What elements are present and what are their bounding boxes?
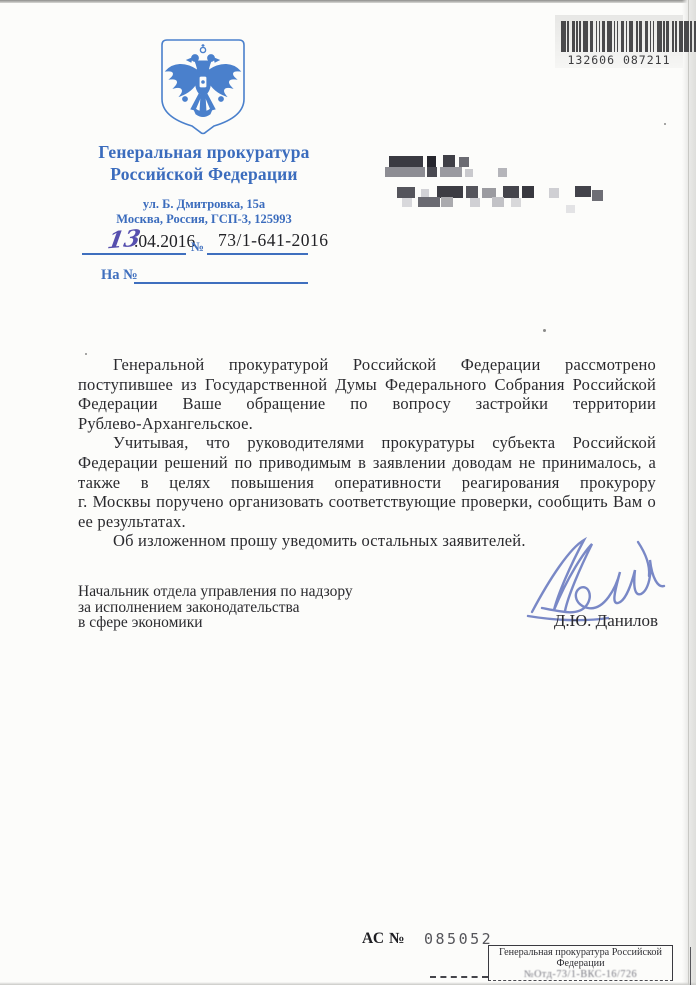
redaction-pixel xyxy=(498,168,507,177)
body-paragraph-1-line-1: Генеральной прокуратурой Российской Феде… xyxy=(78,355,656,375)
signer-title-line3: в сфере экономики xyxy=(78,615,408,631)
scan-top-edge xyxy=(0,0,696,3)
incoming-number-underline xyxy=(134,282,308,284)
redaction-pixel xyxy=(522,186,534,198)
redaction-pixel xyxy=(466,186,478,198)
redaction-pixel xyxy=(470,198,480,207)
typed-date: .04.2016 xyxy=(134,231,195,252)
number-sign: № xyxy=(191,239,204,255)
redaction-pixel xyxy=(421,189,429,197)
redaction-pixel xyxy=(397,187,415,198)
stamp-side-line xyxy=(690,947,691,985)
redaction-pixel xyxy=(459,157,469,167)
body-paragraph-1-line-4: Рублево-Архангельское. xyxy=(78,414,656,434)
org-name: Генеральная прокуратура Российской Федер… xyxy=(82,141,326,185)
org-name-line2: Российской Федерации xyxy=(82,163,326,185)
barcode-digits: 132606 087211 xyxy=(555,53,683,67)
redaction-pixel xyxy=(549,188,559,198)
org-address-line1: ул. Б. Дмитровка, 15а xyxy=(82,197,326,212)
number-underline xyxy=(207,253,308,255)
body-paragraph-2-line-5: ее результатах. xyxy=(78,512,656,532)
registration-stamp: Генеральная прокуратура Российской Федер… xyxy=(488,945,673,981)
redaction-pixel xyxy=(427,156,436,167)
stamp-reference-number: №Отд-73/1-ВКС-16/726 xyxy=(489,970,672,981)
org-address-line2: Москва, Россия, ГСП-3, 125993 xyxy=(82,212,326,227)
date-underline xyxy=(82,253,186,255)
body-paragraph-2-line-2: Федерации решений по приводимым в заявле… xyxy=(78,453,656,473)
redaction-pixel xyxy=(418,197,440,207)
scan-right-edge-line xyxy=(688,0,689,985)
signer-title-line1: Начальник отдела управления по надзору xyxy=(78,584,408,600)
ac-number-value: 085052 xyxy=(424,930,493,948)
stamp-org-line2: Федерации xyxy=(489,959,672,970)
redaction-pixel xyxy=(566,205,575,213)
barcode-bars xyxy=(561,21,696,52)
redaction-pixel xyxy=(389,156,423,167)
body-paragraph-2-line-1: Учитывая, что руководителями прокуратуры… xyxy=(78,433,656,453)
scan-speck xyxy=(543,329,546,332)
barcode: 132606 087211 xyxy=(555,15,683,68)
redaction-pixel xyxy=(402,198,412,207)
redaction-pixel xyxy=(503,186,519,198)
scan-speck xyxy=(85,353,87,355)
ac-number-label: АС № xyxy=(362,930,405,948)
redaction-pixel xyxy=(385,167,425,177)
redaction-pixel xyxy=(465,169,473,177)
scan-right-edge xyxy=(682,0,696,985)
signer-name: Д.Ю. Данилов xyxy=(520,611,658,631)
signer-title: Начальник отдела управления по надзору з… xyxy=(78,584,408,631)
redaction-pixel xyxy=(511,198,521,207)
outgoing-number: 73/1-641-2016 xyxy=(218,230,329,251)
redaction-pixel xyxy=(492,197,504,207)
body-paragraph-2-line-3: также в целях повышения оперативности ре… xyxy=(78,473,656,493)
redaction-pixel xyxy=(575,186,591,197)
org-name-line1: Генеральная прокуратура xyxy=(82,141,326,163)
scan-speck xyxy=(664,123,666,125)
redaction-pixel xyxy=(440,167,462,177)
body-paragraph-1-line-3: Федерации Ваше обращение по вопросу заст… xyxy=(78,394,656,414)
redaction-pixel xyxy=(592,190,603,201)
incoming-number-label: На № xyxy=(101,267,138,284)
stamp-dashed-edge xyxy=(430,976,488,978)
signer-title-line2: за исполнением законодательства xyxy=(78,600,408,616)
letter-body: Генеральной прокуратурой Российской Феде… xyxy=(78,355,656,551)
body-paragraph-2-line-4: г. Москвы поручено организовать соответс… xyxy=(78,492,656,512)
redaction-pixel xyxy=(427,167,437,177)
redaction-pixel xyxy=(443,155,455,167)
redaction-pixel xyxy=(441,197,453,207)
coat-of-arms-icon xyxy=(155,37,251,142)
org-address: ул. Б. Дмитровка, 15а Москва, Россия, ГС… xyxy=(82,197,326,227)
scanned-letter-page: 132606 087211 xyxy=(0,0,696,985)
body-paragraph-1-line-2: поступившее из Государственной Думы Феде… xyxy=(78,375,656,395)
